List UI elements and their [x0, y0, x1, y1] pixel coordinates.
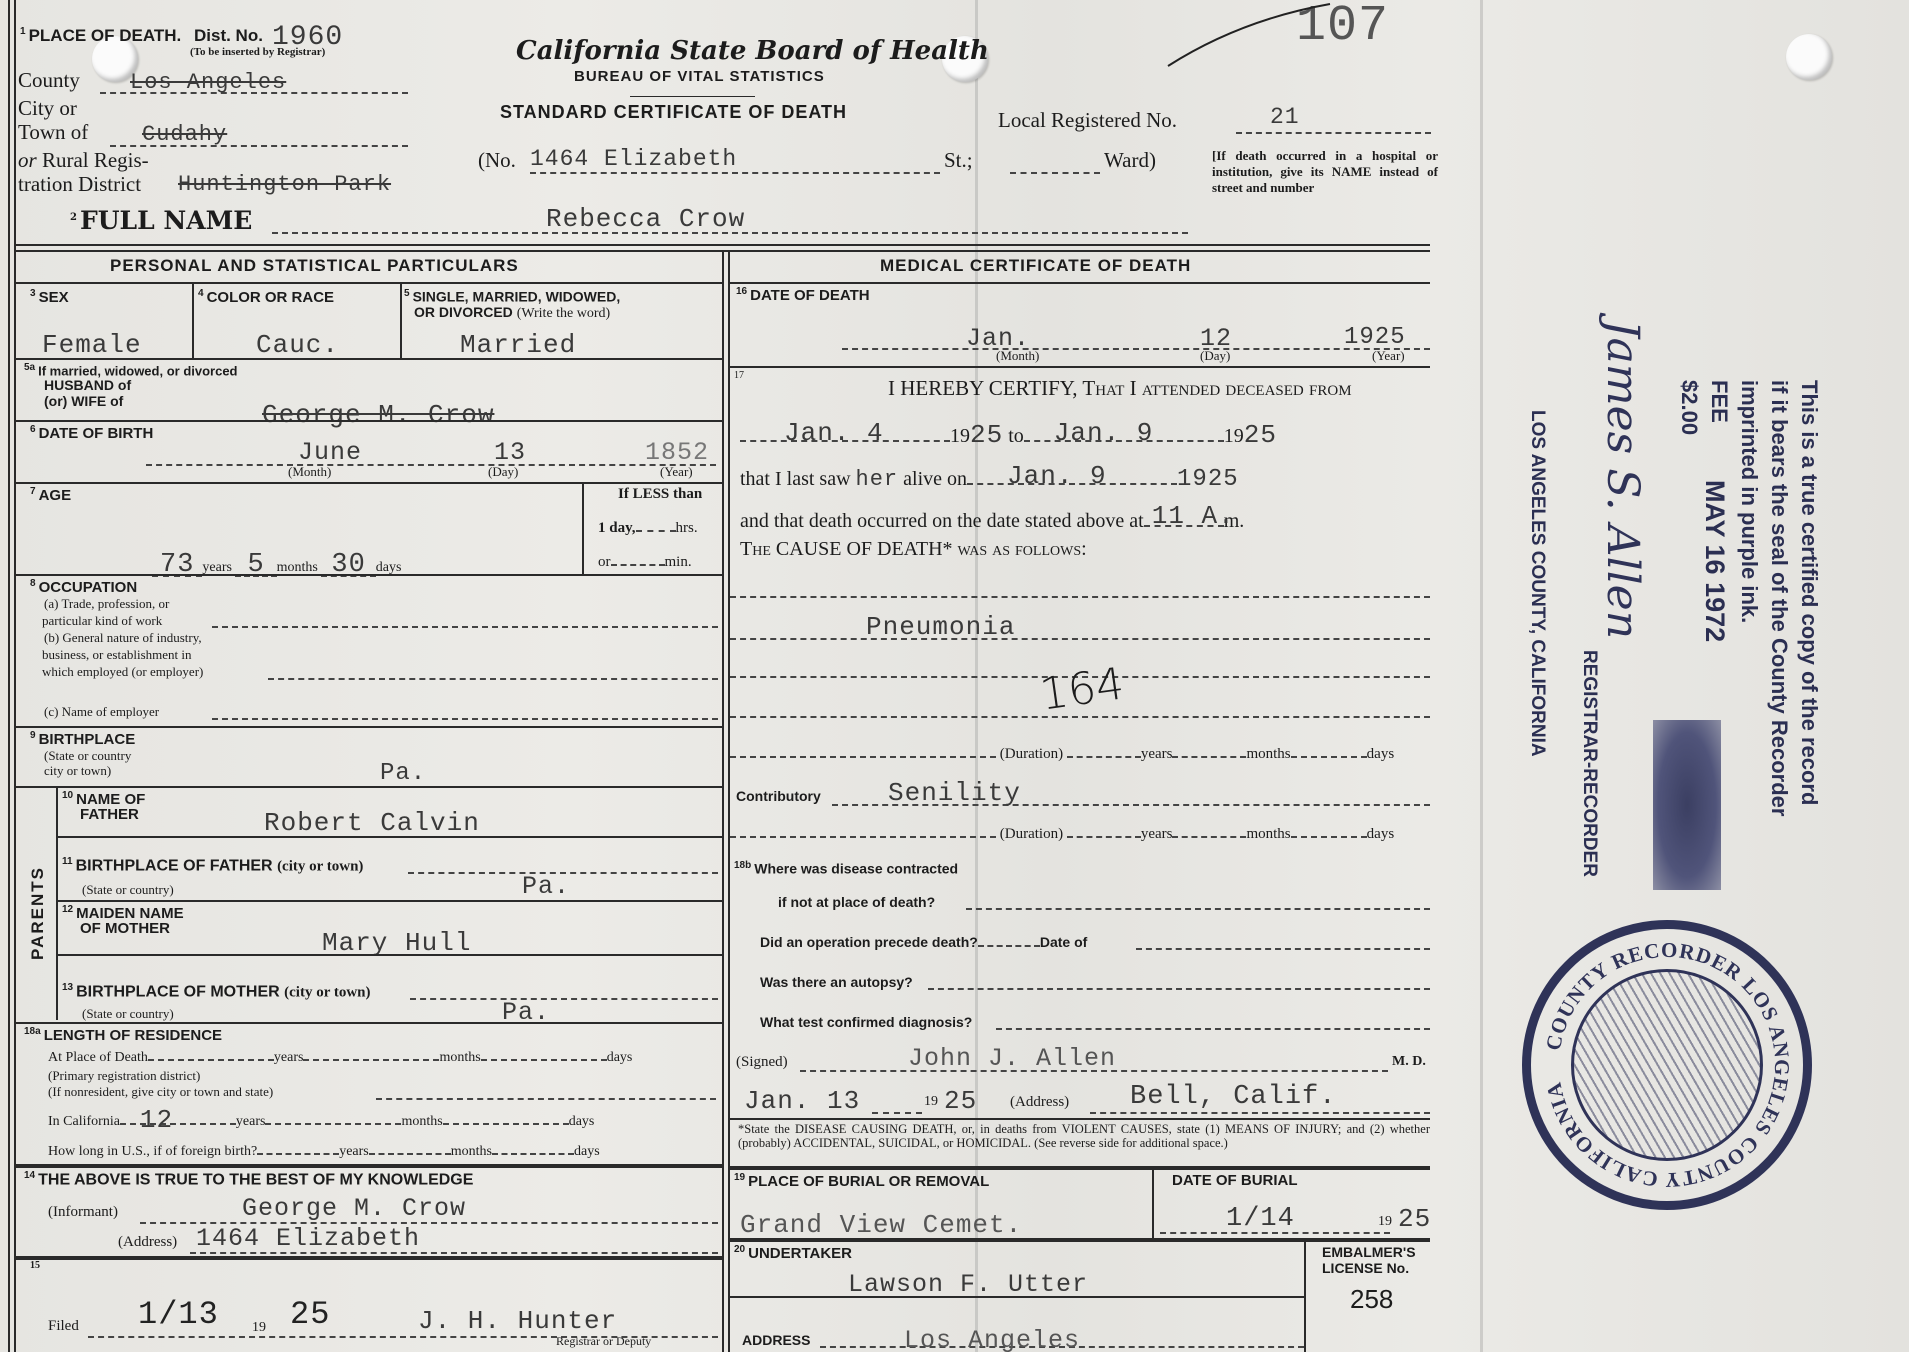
county-label: County [18, 68, 80, 93]
cause-line [730, 638, 1430, 640]
undertaker-value: Lawson F. Utter [848, 1270, 1088, 1299]
signed-label: (Signed) [736, 1054, 788, 1071]
medical-section-title: MEDICAL CERTIFICATE OF DEATH [880, 256, 1191, 276]
rule [14, 726, 722, 728]
full-name-label: 2FULL NAME [70, 206, 252, 235]
rule [14, 420, 722, 422]
rule [730, 1166, 1430, 1170]
certify-num: 17 [734, 370, 744, 381]
residence-nonresident-line [376, 1098, 716, 1100]
county-value: Los Angeles [130, 70, 286, 95]
birth-day-label: (Day) [488, 464, 518, 480]
birth-year-label: (Year) [660, 464, 693, 480]
time-row: and that death occurred on the date stat… [740, 510, 1244, 533]
occupation-a-line [212, 626, 718, 628]
dist-no-note: (To be inserted by Registrar) [190, 46, 325, 58]
full-name-value: Rebecca Crow [546, 204, 745, 234]
duration-row-1: (Duration) yearsmonthsdays [730, 746, 1394, 763]
death-time: 11 A. [1152, 501, 1235, 531]
cert-line-2: if it bears the seal of the County Recor… [1766, 380, 1792, 816]
pronoun: her [856, 467, 899, 492]
contributory-label: Contributory [736, 788, 821, 804]
less-than-label: If LESS than [618, 486, 702, 503]
birthplace-label: 9BIRTHPLACE [30, 730, 135, 748]
license-value: 258 [1350, 1284, 1393, 1315]
personal-section-title: PERSONAL AND STATISTICAL PARTICULARS [110, 256, 519, 276]
rule [730, 282, 1430, 284]
signed-year: 25 [944, 1086, 977, 1116]
rule [14, 482, 722, 484]
residence-us: How long in U.S., if of foreign birth?ye… [48, 1144, 600, 1160]
residence-at-place: At Place of Deathyearsmonthsdays [48, 1050, 712, 1066]
hours-field: 1 day,hrs. [598, 520, 698, 537]
attended-from-year: 25 [970, 420, 1003, 450]
filed-registrar-label: Registrar or Deputy [556, 1334, 651, 1349]
rule [56, 900, 722, 902]
column-divider [722, 252, 724, 1352]
residence-california: In California12yearsmonthsdays [48, 1114, 594, 1130]
date-of-death-line [842, 348, 1430, 350]
father-name-value: Robert Calvin [264, 808, 480, 838]
death-year: 1925 [1344, 324, 1406, 351]
attended-to: Jan. 9 [1054, 418, 1154, 448]
cert-fee-label: FEE [1706, 380, 1732, 423]
undertaker-label: 20UNDERTAKER [734, 1244, 852, 1262]
birth-label: 6DATE OF BIRTH [30, 424, 153, 442]
border-left [14, 0, 16, 1352]
signed-value: John J. Allen [908, 1044, 1116, 1073]
seal-emblem [1571, 969, 1763, 1161]
occupation-label: 8OCCUPATION [30, 578, 137, 596]
spouse-label-3: (or) WIFE of [44, 393, 123, 409]
informant-address-label: (Address) [118, 1234, 177, 1251]
operation-line [1136, 948, 1430, 950]
attended-to-year: 25 [1244, 420, 1277, 450]
registrar-county: LOS ANGELES COUNTY, CALIFORNIA [1526, 410, 1548, 757]
burial-year-prefix: 19 [1378, 1214, 1392, 1230]
street-label: St.; [944, 148, 973, 173]
handwritten-code: 164 [1037, 658, 1127, 720]
cause-footnote: *State the DISEASE CAUSING DEATH, or, in… [738, 1122, 1430, 1150]
burial-date-value: 1/14 [1226, 1204, 1295, 1234]
marital-label-2: OR DIVORCED (Write the word) [414, 304, 610, 322]
place-of-death-label: 1PLACE OF DEATH. Dist. No. [20, 26, 263, 46]
burial-date-label: DATE OF BURIAL [1172, 1172, 1298, 1189]
undertaker-address-label: ADDRESS [742, 1332, 810, 1348]
cause-label: The CAUSE OF DEATH* was as follows: [740, 538, 1087, 561]
pen-stroke [1160, 0, 1340, 70]
title-rule [630, 96, 755, 97]
cause-value: Pneumonia [866, 612, 1015, 642]
rule [14, 1256, 722, 1260]
age-label: 7AGE [30, 486, 71, 504]
minutes-field: ormin. [598, 554, 692, 571]
rule [56, 954, 722, 956]
father-birthplace-label: 11BIRTHPLACE OF FATHER (city or town) [62, 856, 363, 875]
death-day-label: (Day) [1200, 348, 1230, 364]
operation-row: Did an operation precede death?Date of [760, 934, 1087, 950]
occupation-a-2: particular kind of work [42, 613, 162, 629]
rule [14, 786, 722, 788]
occupation-b-2: business, or establishment in [42, 647, 192, 663]
cert-line-3: imprinted in purple ink. [1736, 380, 1762, 623]
rural-label-2: tration District [18, 172, 141, 197]
test-line [996, 1028, 1430, 1030]
mother-name-label-2: OF MOTHER [80, 920, 170, 937]
occupation-b-1: (b) General nature of industry, [44, 630, 202, 646]
informant-address-value: 1464 Elizabeth [196, 1224, 420, 1253]
residence-label: 18aLENGTH OF RESIDENCE [24, 1026, 222, 1044]
rule [14, 358, 722, 360]
father-birthplace-value: Pa. [522, 872, 570, 901]
mother-state-label: (State or country) [82, 1006, 174, 1022]
birth-month-label: (Month) [288, 464, 331, 480]
informant-title: 14THE ABOVE IS TRUE TO THE BEST OF MY KN… [24, 1170, 473, 1189]
rural-label-1: or or Rural Regis-Rural Regis- [18, 148, 149, 173]
address-line [530, 172, 940, 174]
burial-year: 25 [1398, 1204, 1431, 1234]
race-label: 4COLOR OR RACE [198, 288, 334, 306]
birth-year: 1852 [645, 438, 709, 467]
birth-day: 13 [494, 438, 526, 467]
cert-fee: $2.00 [1676, 380, 1702, 435]
occupation-b-line [268, 678, 718, 680]
signed-year-prefix: 19 [924, 1094, 938, 1110]
test-label: What test confirmed diagnosis? [760, 1014, 972, 1030]
cert-date: MAY 16 1972 [1699, 480, 1730, 642]
ward-line [1010, 172, 1100, 174]
autopsy-line [928, 988, 1430, 990]
rule [14, 574, 722, 576]
sex-label: 3SEX [30, 288, 69, 306]
md-address-value: Bell, Calif. [1130, 1082, 1336, 1112]
town-label: Town of [18, 120, 88, 145]
filed-label: Filed [48, 1318, 79, 1335]
local-reg-line [1236, 132, 1431, 134]
divider [192, 284, 194, 358]
filed-num: 15 [30, 1260, 40, 1271]
certify-text: I HEREBY CERTIFY, That I attended deceas… [888, 376, 1352, 401]
rule [730, 1296, 1304, 1298]
father-state-label: (State or country) [82, 882, 174, 898]
hospital-note: [If death occurred in a hospital or inst… [1212, 148, 1438, 196]
divider [400, 284, 402, 358]
rule [730, 366, 1430, 368]
occupation-b-3: which employed (or employer) [42, 664, 203, 680]
signed-date-line [872, 1112, 922, 1114]
spouse-label-1: 5aIf married, widowed, or divorced [24, 362, 238, 378]
header-rule [14, 244, 1430, 246]
certificate-title: STANDARD CERTIFICATE OF DEATH [500, 102, 847, 123]
residence-nonresident-note: (If nonresident, give city or town and s… [48, 1084, 273, 1100]
cause-line [730, 716, 1430, 718]
rural-value: Huntington Park [178, 172, 391, 197]
undertaker-address-value: Los Angeles [904, 1326, 1080, 1352]
column-divider [728, 252, 730, 1352]
spouse-label-2: HUSBAND of [44, 377, 131, 393]
local-reg-label: Local Registered No. [998, 108, 1177, 133]
contracted-label-2: if not at place of death? [778, 894, 935, 910]
city-value: Cudahy [142, 122, 227, 147]
death-month-label: (Month) [996, 348, 1039, 364]
filed-date: 1/13 [138, 1296, 219, 1333]
ink-smudge [1653, 720, 1721, 890]
informant-label: (Informant) [48, 1204, 118, 1221]
birth-month: June [298, 438, 362, 467]
date-of-death-label: 16DATE OF DEATH [736, 286, 870, 304]
rule [56, 836, 722, 838]
spouse-value: George M. Crow [262, 400, 494, 430]
address-no-value: 1464 Elizabeth [530, 146, 737, 172]
cert-line-1: This is a true certified copy of the rec… [1796, 380, 1822, 805]
city-label: City or [18, 96, 77, 121]
occupation-c: (c) Name of employer [44, 704, 159, 720]
death-certificate: 1PLACE OF DEATH. Dist. No. 1960 (To be i… [0, 0, 1909, 1352]
autopsy-label: Was there an autopsy? [760, 974, 913, 990]
race-value: Cauc. [256, 330, 339, 360]
residence-california-years: 12 [140, 1105, 173, 1135]
board-title: California State Board of Health [516, 36, 989, 66]
md-label: M. D. [1392, 1054, 1426, 1070]
last-saw-year: 1925 [1177, 466, 1239, 493]
birthplace-value: Pa. [380, 760, 426, 787]
burial-label: 19PLACE OF BURIAL OR REMOVAL [734, 1172, 989, 1190]
marital-label: 5SINGLE, MARRIED, WIDOWED, [404, 288, 620, 305]
death-year-label: (Year) [1372, 348, 1405, 364]
contracted-line [966, 908, 1430, 910]
divider [1152, 1168, 1154, 1238]
mother-city-line [410, 998, 718, 1000]
border-left [8, 0, 10, 1352]
license-label: EMBALMER'SLICENSE No. [1322, 1244, 1416, 1276]
attended-from: Jan. 4 [784, 418, 884, 448]
contracted-label: 18bWhere was disease contracted [734, 860, 958, 877]
rule [14, 1164, 722, 1168]
ward-label: Ward) [1104, 148, 1156, 173]
rule [14, 282, 722, 284]
last-saw-row: that I last saw her alive onJan. 91925 [740, 466, 1239, 493]
occupation-a-1: (a) Trade, profession, or [44, 596, 169, 612]
filed-year: 25 [290, 1296, 330, 1333]
filed-registrar: J. H. Hunter [418, 1306, 617, 1336]
marital-value: Married [460, 330, 576, 360]
attended-row: Jan. 41925 toJan. 91925 [740, 420, 1277, 450]
birthplace-note-1: (State or country [44, 748, 131, 764]
duration-row-2: (Duration) yearsmonthsdays [730, 826, 1394, 843]
bureau-title: BUREAU OF VITAL STATISTICS [574, 68, 825, 85]
signed-date: Jan. 13 [744, 1086, 860, 1116]
rule [14, 1022, 722, 1024]
contributory-value: Senility [888, 778, 1021, 808]
local-reg-value: 21 [1270, 104, 1300, 130]
sex-value: Female [42, 330, 142, 360]
filed-year-prefix: 19 [252, 1320, 266, 1336]
informant-value: George M. Crow [242, 1194, 466, 1223]
burial-place-value: Grand View Cemet. [740, 1210, 1022, 1240]
md-address-label: (Address) [1010, 1094, 1069, 1111]
divider [582, 484, 584, 574]
divider [1304, 1240, 1306, 1352]
cause-line [730, 596, 1430, 598]
last-saw-date: Jan. 9 [1007, 461, 1107, 491]
father-name-label-2: FATHER [80, 806, 139, 823]
birth-line [146, 464, 716, 466]
fold-crease [1480, 0, 1483, 1352]
address-no-label: (No. [478, 148, 516, 173]
registrar-signature: James S. Allen [1597, 320, 1648, 639]
registrar-title: REGISTRAR-RECORDER [1578, 650, 1600, 877]
rule [730, 1238, 1430, 1242]
rule [730, 1118, 1430, 1120]
punch-hole [1786, 34, 1832, 80]
parents-label: PARENTS [28, 866, 48, 960]
birthplace-note-2: city or town) [44, 763, 111, 779]
parents-divider [56, 786, 58, 1020]
county-recorder-seal: COUNTY RECORDER LOS ANGELES COUNTY CALIF… [1522, 920, 1812, 1210]
occupation-c-line [212, 718, 718, 720]
residence-primary-note: (Primary registration district) [48, 1068, 200, 1084]
mother-birthplace-label: 13BIRTHPLACE OF MOTHER (city or town) [62, 982, 371, 1001]
md-address-line [1090, 1112, 1430, 1114]
